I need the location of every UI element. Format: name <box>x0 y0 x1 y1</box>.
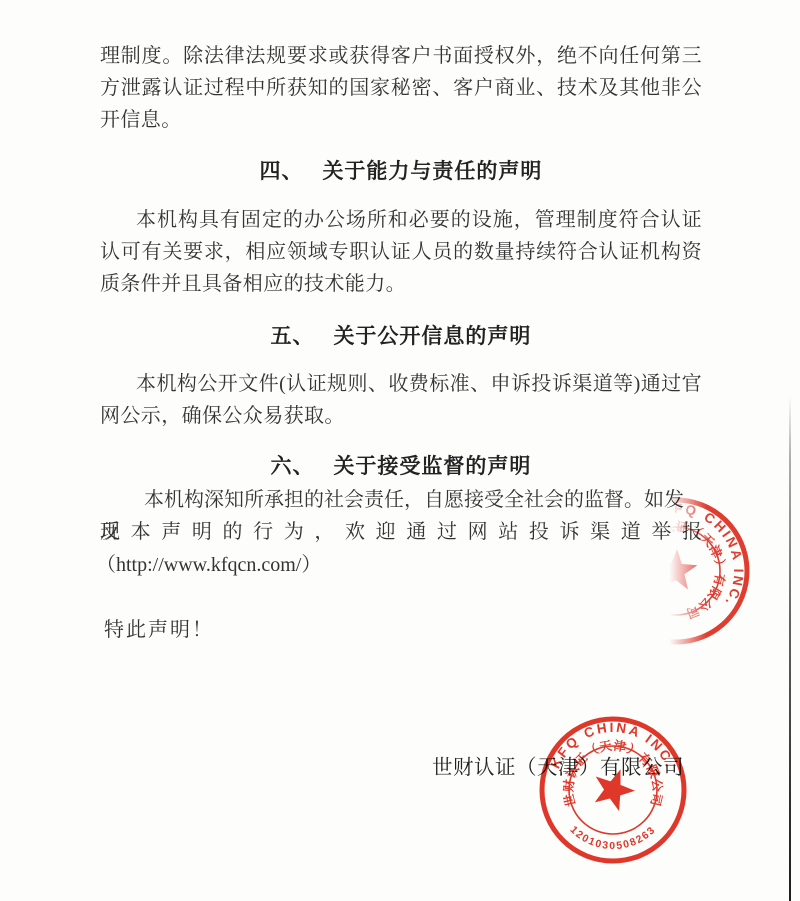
section-6-body-line-3: （http://www.kfqcn.com/） <box>96 549 698 581</box>
section-6-number: 六、 <box>271 454 315 478</box>
section-6-body-line-2: 反本声明的行为，欢迎通过网站投诉渠道举报 <box>100 516 702 548</box>
intro-paragraph: 理制度。除法律法规要求或获得客户书面授权外，绝不向任何第三方泄露认证过程中所获知… <box>100 40 702 136</box>
section-6-title: 关于接受监督的声明 <box>333 454 531 478</box>
section-4-body: 本机构具有固定的办公场所和必要的设施，管理制度符合认证认可有关要求，相应领域专职… <box>100 204 702 300</box>
seal-serial-number: 1201030508263 <box>568 824 659 852</box>
section-5-heading: 五、关于公开信息的声明 <box>100 320 702 350</box>
section-5-body: 本机构公开文件(认证规则、收费标准、申诉投诉渠道等)通过官网公示，确保公众易获取… <box>100 368 702 432</box>
section-4-heading: 四、关于能力与责任的声明 <box>100 155 702 185</box>
section-5-title: 关于公开信息的声明 <box>333 324 531 348</box>
company-seal-graphic: KFQ CHINA INC. 世财认证（天津）有限公司 120103050826… <box>528 705 698 875</box>
company-seal: KFQ CHINA INC. 世财认证（天津）有限公司 120103050826… <box>528 705 698 875</box>
section-4-title: 关于能力与责任的声明 <box>322 159 542 183</box>
scanned-document-page: 理制度。除法律法规要求或获得客户书面授权外，绝不向任何第三方泄露认证过程中所获知… <box>0 0 800 901</box>
section-6-heading: 六、关于接受监督的声明 <box>100 450 702 480</box>
section-5-number: 五、 <box>271 324 315 348</box>
page-edge-shadow <box>789 396 791 901</box>
svg-text:1201030508263: 1201030508263 <box>568 824 659 852</box>
section-4-number: 四、 <box>260 159 304 183</box>
company-signature: 世财认证（天津）有限公司 <box>432 750 684 780</box>
closing-statement: 特此声明！ <box>104 613 214 642</box>
